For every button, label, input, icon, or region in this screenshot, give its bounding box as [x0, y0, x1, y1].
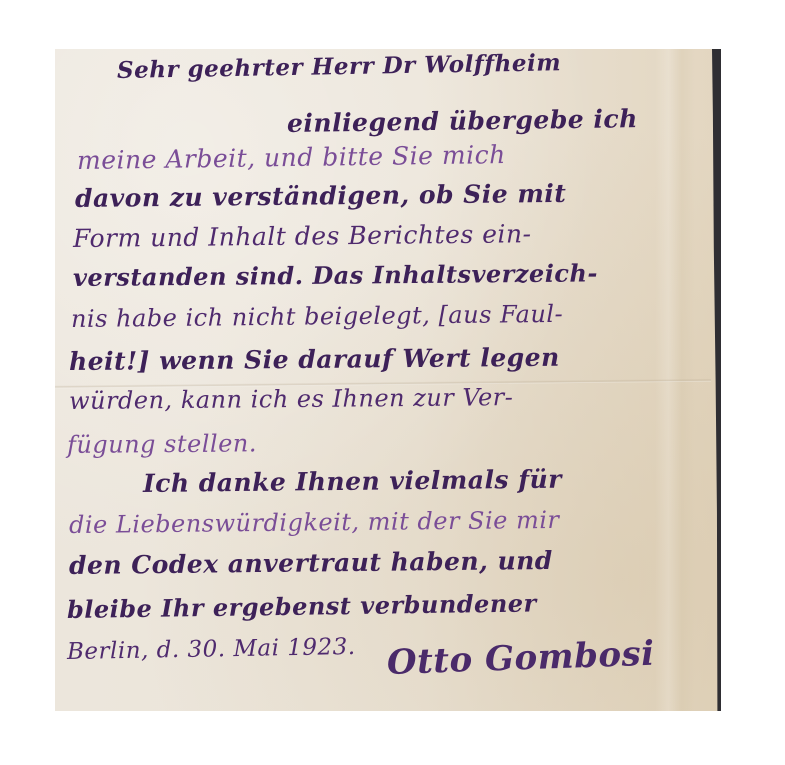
letter-line-5: verstanden sind. Das Inhaltsverzeich-	[73, 258, 598, 292]
scanned-letter: Sehr geehrter Herr Dr Wolffheim einliege…	[55, 49, 721, 711]
scan-edge-shadow	[712, 49, 721, 711]
letter-line-10: Ich danke Ihnen vielmals für	[143, 465, 562, 498]
letter-line-4: Form und Inhalt des Berichtes ein-	[73, 219, 532, 253]
letter-line-8: würden, kann ich es Ihnen zur Ver-	[69, 383, 514, 415]
letter-line-11: die Liebenswürdigkeit, mit der Sie mir	[69, 506, 560, 539]
letter-line-2: meine Arbeit, und bitte Sie mich	[77, 140, 506, 175]
letter-line-3: davon zu verständigen, ob Sie mit	[75, 179, 567, 213]
letter-line-9: fügung stellen.	[67, 429, 257, 459]
place-date: Berlin, d. 30. Mai 1923.	[67, 634, 356, 665]
letter-line-12: den Codex anvertraut haben, und	[69, 546, 553, 580]
letter-line-6: nis habe ich nicht beigelegt, [aus Faul-	[71, 300, 563, 333]
letter-line-13: bleibe Ihr ergebenst verbundener	[67, 588, 537, 624]
salutation: Sehr geehrter Herr Dr Wolffheim	[117, 49, 561, 84]
letter-line-1: einliegend übergebe ich	[287, 104, 638, 138]
signature: Otto Gombosi	[386, 634, 655, 683]
letter-line-7: heit!] wenn Sie darauf Wert legen	[69, 343, 560, 376]
